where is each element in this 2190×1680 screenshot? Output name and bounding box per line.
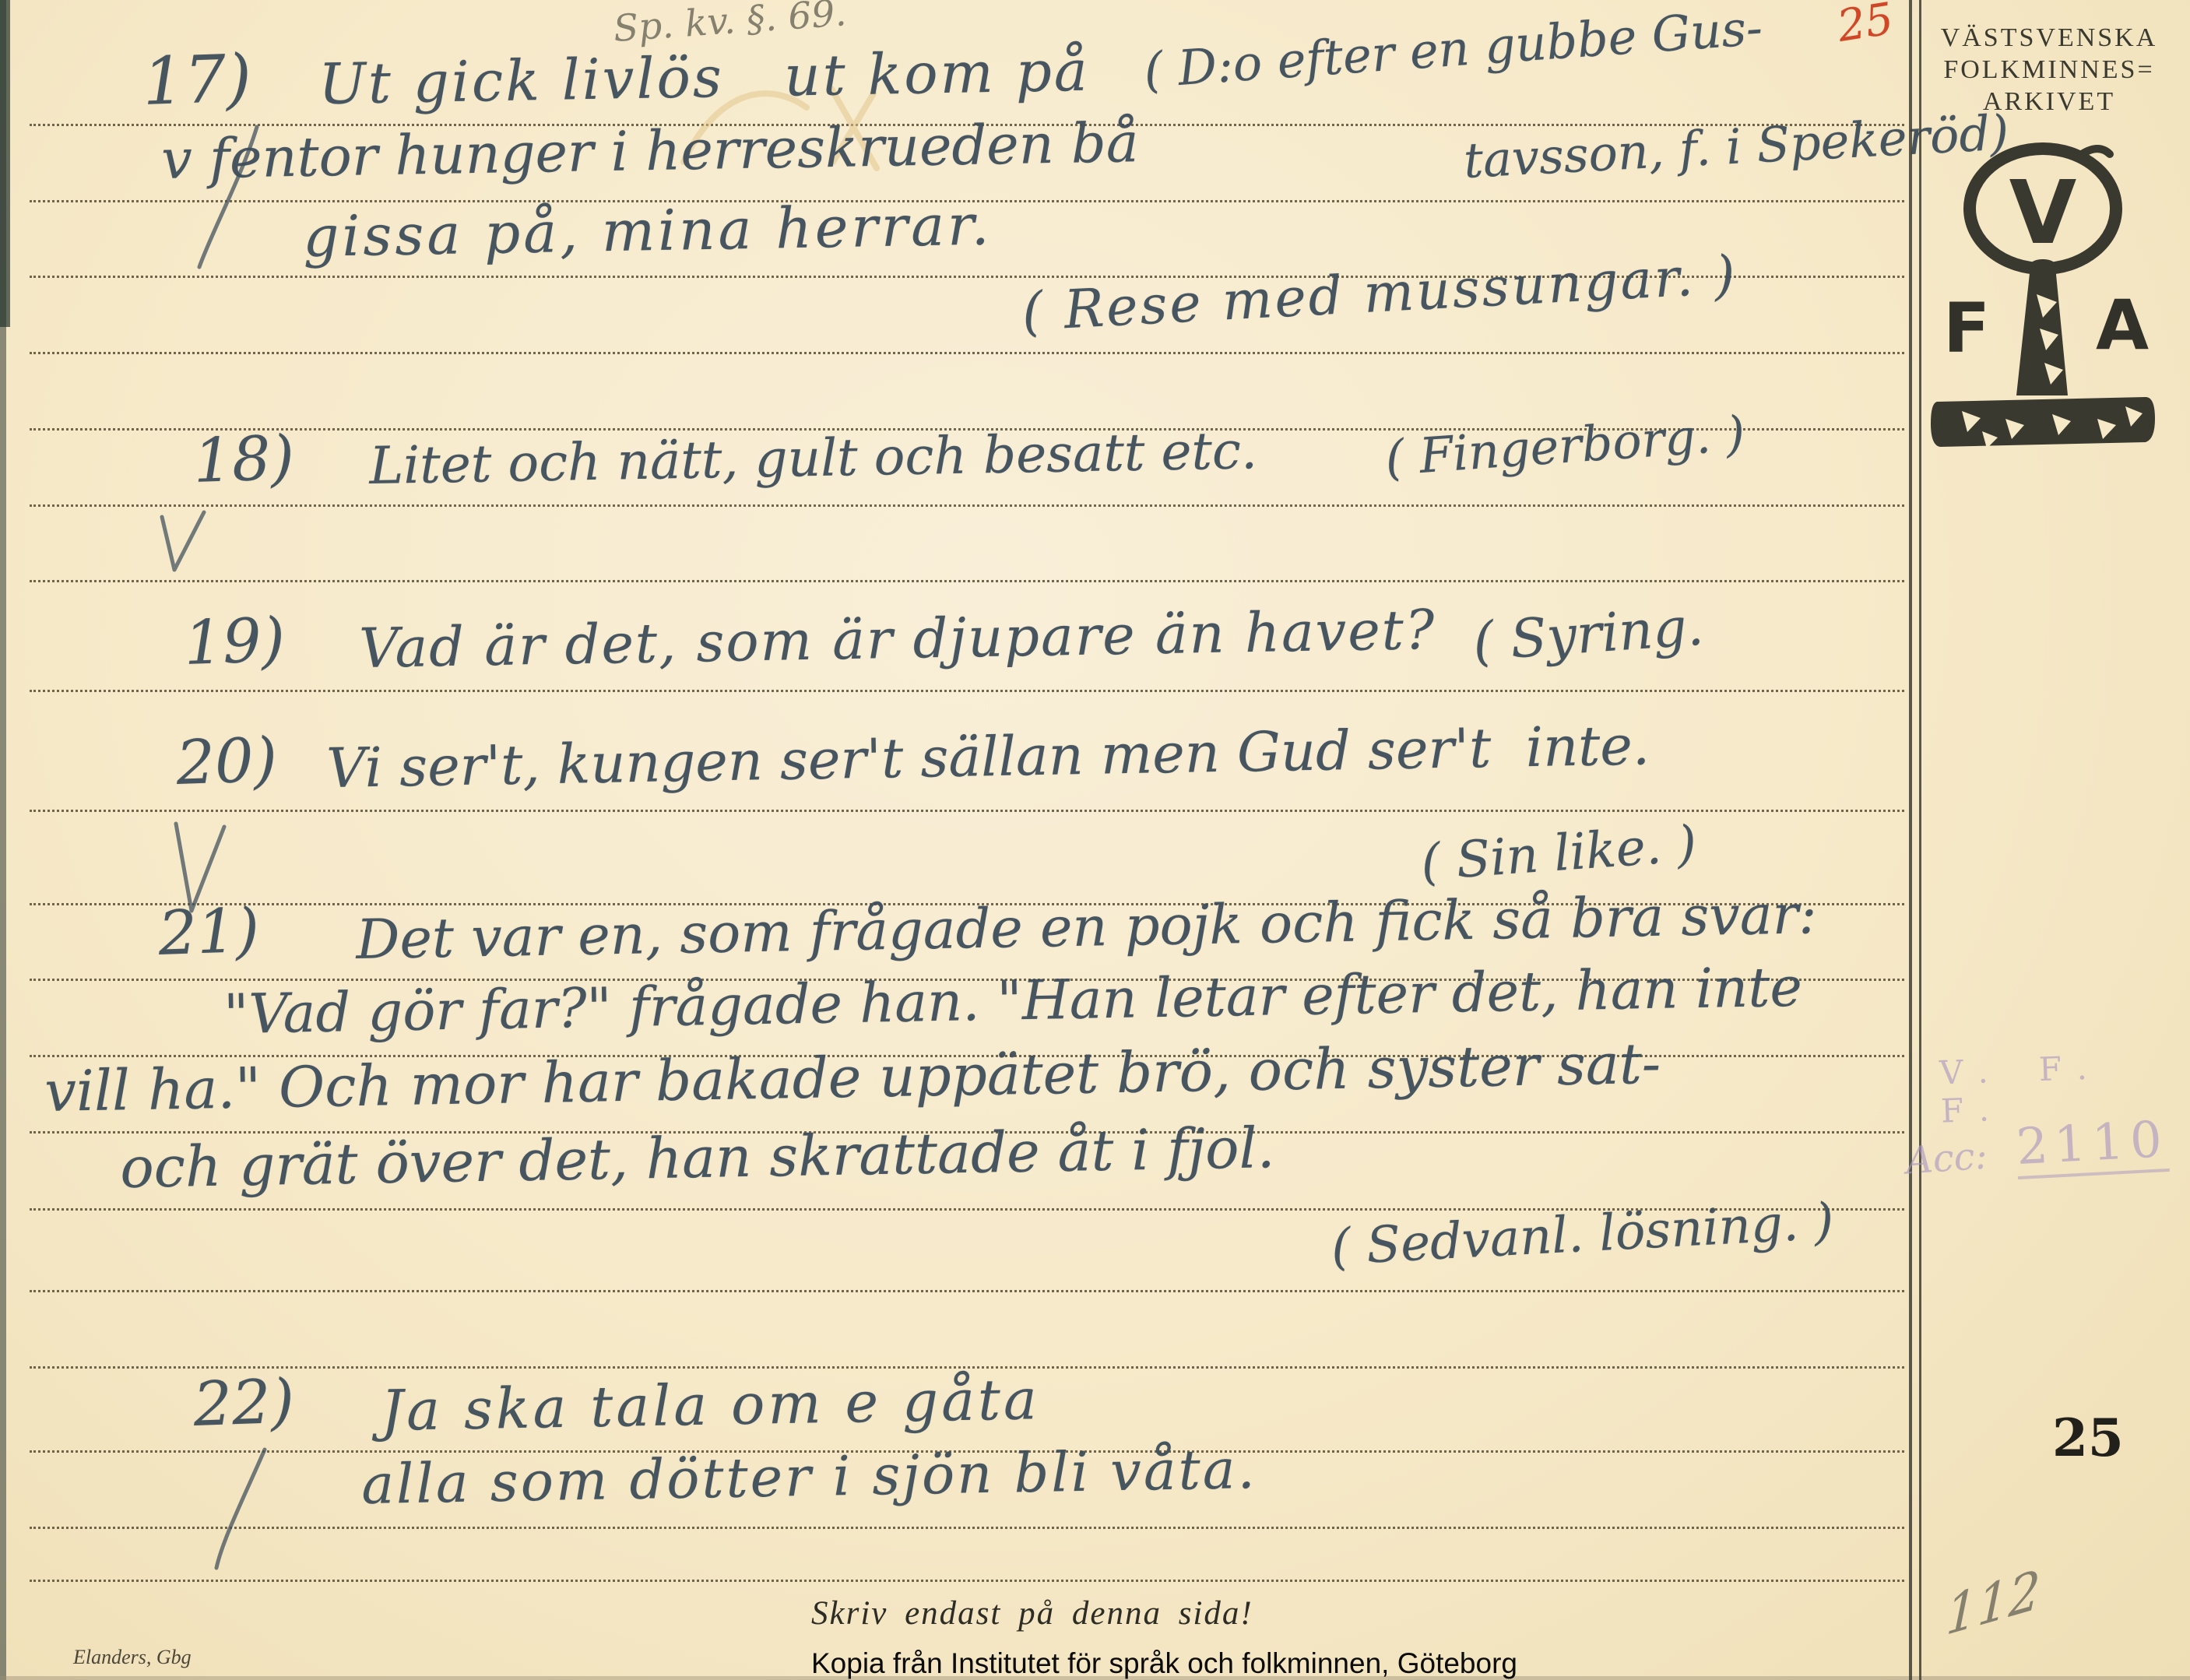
red-page-number: 25	[1834, 0, 1897, 52]
ruled-line	[30, 580, 1904, 582]
riddle-17-answer: ( Rese med mussungar. )	[1021, 244, 1739, 343]
riddle-22-line-2: alla som dötter i sjön bli våta.	[361, 1437, 1258, 1517]
riddle-17-line-1: Ut gick livlös ut kom på	[318, 38, 1091, 117]
pencil-number-bottom: 112	[1945, 1558, 2041, 1648]
ruled-line	[30, 1580, 1904, 1582]
ruled-line	[30, 810, 1904, 812]
riddle-20-number: 20)	[175, 726, 279, 799]
copy-provenance-note: Kopia från Institutet för språk och folk…	[811, 1647, 1517, 1680]
riddle-17-side-note-1: ( D:o efter en gubbe Gus-	[1142, 0, 1764, 99]
archive-name-line-3: ARKIVET	[1917, 86, 2181, 118]
riddle-18-answer: ( Fingerborg. )	[1383, 405, 1747, 487]
riddle-21-line-4: och grät över det, han skrattade åt i fj…	[120, 1115, 1276, 1200]
margin-rule	[1909, 0, 1921, 1680]
ruled-line	[30, 1290, 1904, 1292]
logo-letter-a: A	[2096, 285, 2149, 365]
ruled-line	[30, 690, 1904, 692]
archive-name: VÄSTSVENSKA FOLKMINNES= ARKIVET	[1917, 22, 2181, 118]
stamp-acc-number: 2110	[2015, 1111, 2170, 1179]
riddle-22-number: 22)	[192, 1367, 296, 1440]
thors-hammer-logo: V F A	[1921, 117, 2164, 461]
riddle-19-answer: ( Syring.	[1471, 596, 1705, 673]
logo-letter-f: F	[1943, 288, 1990, 368]
archive-name-line-1: VÄSTSVENSKA	[1917, 22, 2181, 54]
pen-flourish-20	[167, 819, 232, 922]
riddle-18-number: 18)	[192, 424, 296, 497]
riddle-20-text: Vi ser't, kungen ser't sällan men Gud se…	[326, 713, 1650, 800]
archive-name-line-2: FOLKMINNES=	[1917, 54, 2181, 86]
scanned-archive-page: Sp. kv. §. 69. 25 17) Ut gick livlös ut …	[0, 0, 2190, 1680]
riddle-20-answer: ( Sin like. )	[1419, 815, 1699, 892]
page-edge-shadow-top	[0, 0, 10, 327]
riddle-21-answer: ( Sedvanl. lösning. )	[1330, 1193, 1835, 1277]
ruled-line	[30, 504, 1904, 507]
pen-flourish-22	[209, 1445, 283, 1573]
ruled-line	[30, 352, 1904, 354]
riddle-19-number: 19)	[183, 606, 286, 679]
riddle-17-number: 17)	[142, 40, 253, 120]
pen-flourish-17	[193, 123, 286, 275]
riddle-18-text: Litet och nätt, gult och besatt etc.	[369, 420, 1258, 496]
riddle-17-line-3: gissa på, mina herrar.	[303, 192, 993, 269]
ruled-line	[30, 1527, 1904, 1529]
printed-page-number: 25	[2052, 1408, 2124, 1468]
stamp-acc-label: Acc:	[1904, 1133, 1988, 1183]
logo-letter-v: V	[2009, 163, 2077, 264]
printer-imprint: Elanders, Gbg	[73, 1646, 192, 1669]
write-only-this-side-note: Skriv endast på denna sida!	[811, 1594, 1253, 1633]
riddle-17-line-2: v fentor hunger i herreskrueden bå	[161, 111, 1140, 192]
pen-flourish-18	[156, 508, 210, 579]
riddle-19-text: Vad är det, som är djupare än havet?	[359, 598, 1436, 680]
riddle-22-line-1: Ja ska tala om e gåta	[381, 1366, 1041, 1443]
